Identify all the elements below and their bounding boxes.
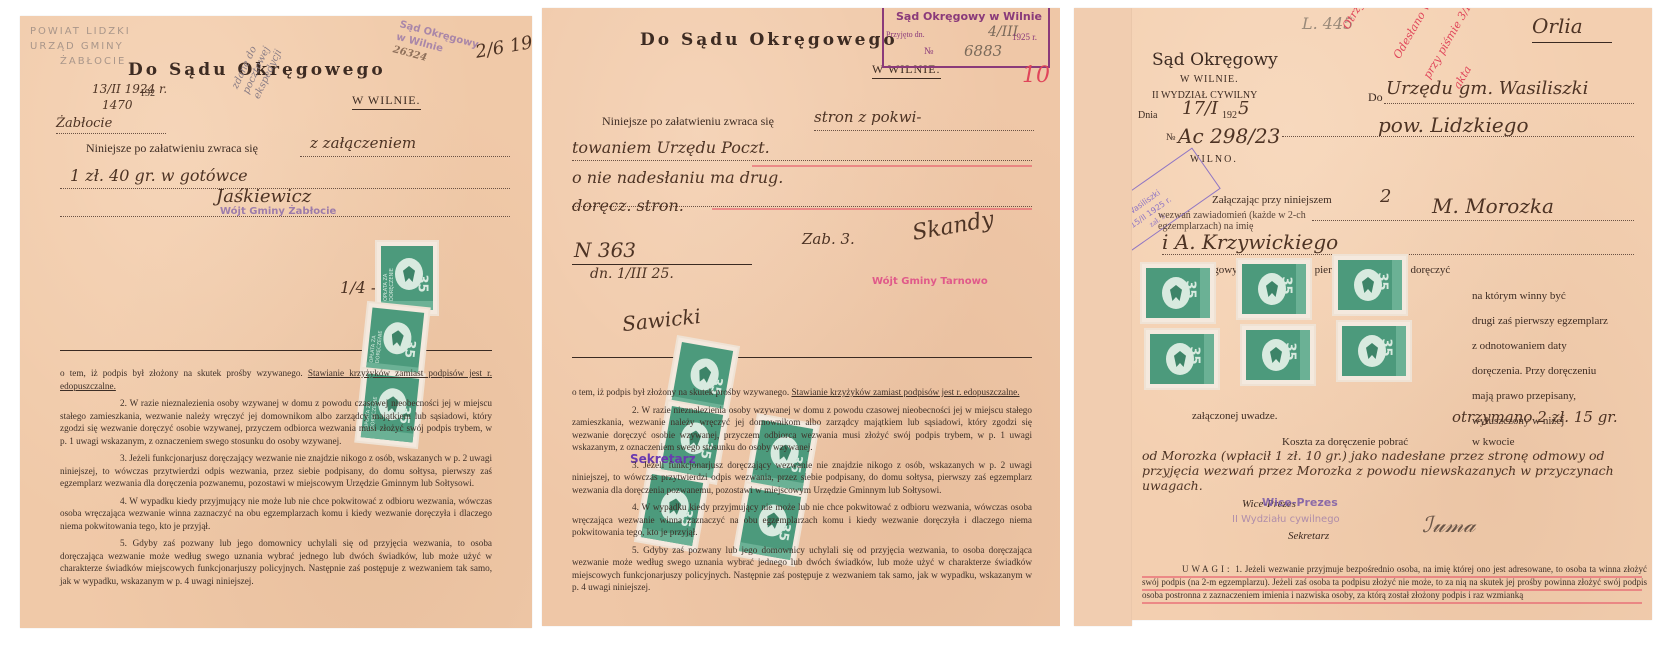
document-summons-return-2: Do Sądu Okręgowego W WILNIE. Sąd Okręgow… [542,8,1060,626]
sheet3-left-margin [1074,8,1132,626]
body-line: doręczenia. Przy doręczeniu [1472,359,1608,384]
cost-label-2: w kwocie [1472,436,1514,448]
red-underline [1142,602,1642,604]
court-received-stamp: Sąd Okręgowy w Wilnie 26324 [391,18,480,77]
instruction-1a: o tem, iż podpis był złożony na skutek p… [60,368,303,378]
stamp-number: 6883 [964,42,1002,60]
handwritten-cost: otrzymano 2 zł. 15 gr. [1452,408,1618,426]
instruction-2: 2. W razie nieznalezienia osoby wzywanej… [60,397,492,447]
signature: Skandy [910,207,995,246]
handwritten-date: 13/II 1924 r. [92,82,167,96]
wojt-stamp: Wójt Gminy Żabłocie [220,206,336,217]
court-city: W WILNIE. [1180,74,1239,85]
dotted-line [814,130,1034,131]
document-summons-return-1: POWIAT LIDZKI URZĄD GMINY ŻABŁOCIE Do Są… [20,16,532,628]
printed-year: 192 [1222,110,1237,121]
red-underline [1142,589,1642,591]
handwritten-return-line: stron z pokwi- [814,108,921,126]
stamp-line: ŻABŁOCIE [30,54,131,69]
vice-president-stamp: Wice-Prezes [1262,496,1338,509]
signature: Jaśkiewicz [216,186,311,207]
division-stamp: II Wydziału cywilnego [1232,514,1340,525]
stamp-received-label: Przyjęto dn. [886,30,925,39]
stamp-number-label: № [924,46,934,57]
handwritten-note: od Morozka (wpłacił 1 zł. 10 gr.) jako n… [1142,448,1647,493]
handwritten-number: N 363 [574,238,636,262]
attach-label: Załączając przy niniejszem [1212,194,1332,206]
red-mark: 10 [1022,63,1050,88]
number-label: № [1166,132,1176,143]
section-rule [572,357,1032,358]
instructions-text: o tem, iż podpis był złożony na skutek p… [572,386,1032,599]
revenue-stamp: 35 [1242,326,1314,384]
return-label: Niniejsze po załatwieniu zwraca się [602,114,774,129]
instruction-3: 3. Jeżeli funkcjonarjusz doręczający wez… [60,452,492,490]
return-label: Niniejsze po załatwieniu zwraca się [86,141,258,156]
cost-label: Koszta za doręczenie pobrać [1282,436,1408,448]
notes-section: UWAGI: 1. Jeżeli wezwanie przyjmuje bezp… [1142,563,1647,602]
handwritten-return-1: z załączeniem [310,134,416,152]
court-name: Sąd Okręgowy [1152,50,1278,70]
stamp-year: 1925 r. [1012,32,1037,42]
wojt-stamp: Wójt Gminy Tarnowo [872,276,988,287]
handwritten-return-line: o nie nadesłaniu ma drug. [572,168,783,187]
instruction-4: 4. W wypadku kiedy przyjmujący nie może … [572,501,1032,539]
handwritten-date: dn. 1/III 25. [590,266,674,282]
handwritten-addressee-2: pow. Lidzkiego [1378,113,1529,137]
rule [572,264,752,265]
stamp-court-name: Sąd Okręgowy w Wilnie [896,10,1042,23]
body-line: drugi zaś pierwszy egzemplarz [1472,309,1608,334]
stamp-line: URZĄD GMINY [30,39,131,54]
dotted-line [1384,103,1634,104]
revenue-stamp: OPŁATA ZA DORĘCZENIE35 [377,242,437,314]
date-label: Dnia [1138,110,1157,121]
signature: ℐ𝓊𝓂𝒶 [1422,513,1476,538]
municipality-header-stamp: POWIAT LIDZKI URZĄD GMINY ŻABŁOCIE [30,24,131,69]
instruction-4: 4. W wypadku kiedy przyjmujący nie może … [60,495,492,533]
handwritten-return-line: towaniem Urzędu Poczt. [572,138,770,157]
handwritten-court-mark: 2/6 19/2 5 [474,26,532,63]
dotted-line [300,156,510,157]
dotted-line [56,133,166,134]
revenue-stamp: 35 [1338,322,1410,380]
section-rule [60,350,492,351]
handwritten-note: Zab. 3. [802,230,855,248]
body-line: z odnotowaniem daty [1472,334,1608,359]
handwritten-count: 2 [1380,186,1391,207]
handwritten-place: Żabłocie [56,116,112,131]
revenue-stamp: 35 [1238,260,1310,318]
notes-title: UWAGI: [1142,564,1233,574]
signature-2: Sawicki [621,304,702,336]
handwritten-reference: 1470 [102,98,133,112]
red-note: przy piśmie 3/III 25 [1421,8,1487,81]
document-court-letter: L. 445 Sąd Okręgowy W WILNIE. II WYDZIAŁ… [1132,8,1652,620]
body-line: na którym winny być [1472,284,1608,309]
revenue-stamp: 35 [1334,256,1406,314]
instruction-5: 5. Gdyby zaś pozwany lub jego domownicy … [572,544,1032,594]
handwritten-return-2: 1 zł. 40 gr. w gotówce [70,166,248,185]
handwritten-year: 5 [1238,98,1249,119]
dotted-line [1282,136,1634,137]
instructions-text: o tem, iż podpis był złożony na skutek p… [60,367,492,592]
to-label: Do [1368,90,1383,105]
revenue-stamp: 35 [1146,330,1218,388]
body-line-last: załączonej uwadze. [1192,410,1278,422]
rule [1532,42,1612,43]
handwritten-name-2: i A. Krzywickiego [1162,230,1338,254]
stamp-line: POWIAT LIDZKI [30,24,131,39]
dotted-line [572,160,1032,161]
handwritten-corner: Orlia [1532,14,1583,38]
red-note: Otrzymano 14/II 1925 [1340,8,1414,32]
handwritten-name-1: M. Morozka [1432,194,1554,218]
attach-label-2: wezwań zawiadomień (każde w 2-ch egzempl… [1158,210,1318,232]
red-underline [1142,576,1642,578]
revenue-stamp: 35 [1142,264,1214,322]
dotted-line [1312,220,1634,221]
handwritten-case-number: Ac 298/23 [1178,124,1280,148]
document-title: Do Sądu Okręgowego [640,30,898,50]
instruction-5: 5. Gdyby zaś pozwany lub jego domownicy … [60,537,492,587]
instruction-3: 3. Jeżeli funkcjonarjusz doręczający wez… [572,459,1032,497]
body-line: mają prawo przepisany, [1472,384,1608,409]
document-subtitle: W WILNIE. [352,93,421,110]
court-received-stamp: Sąd Okręgowy w Wilnie Przyjęto dn. 4/III… [882,8,1050,68]
red-underline [752,165,1032,167]
margin-note: zdane do pocztowej ekspedycji [230,16,296,101]
secretary-label: Sekretarz [1288,530,1329,542]
handwritten-addressee-1: Urzędu gm. Wasiliszki [1386,78,1588,99]
instruction-1b: Stawianie krzyżyków zamiast podpisów jes… [791,387,1019,397]
handwritten-date: 17/I [1182,98,1218,119]
instruction-1a: o tem, iż podpis był złożony na skutek p… [572,387,789,397]
dotted-line [1162,254,1634,255]
sheet-gap [1060,8,1074,626]
instruction-2: 2. W razie nieznalezienia osoby wzywanej… [572,404,1032,454]
handwritten-return-line: doręcz. stron. [572,196,684,215]
